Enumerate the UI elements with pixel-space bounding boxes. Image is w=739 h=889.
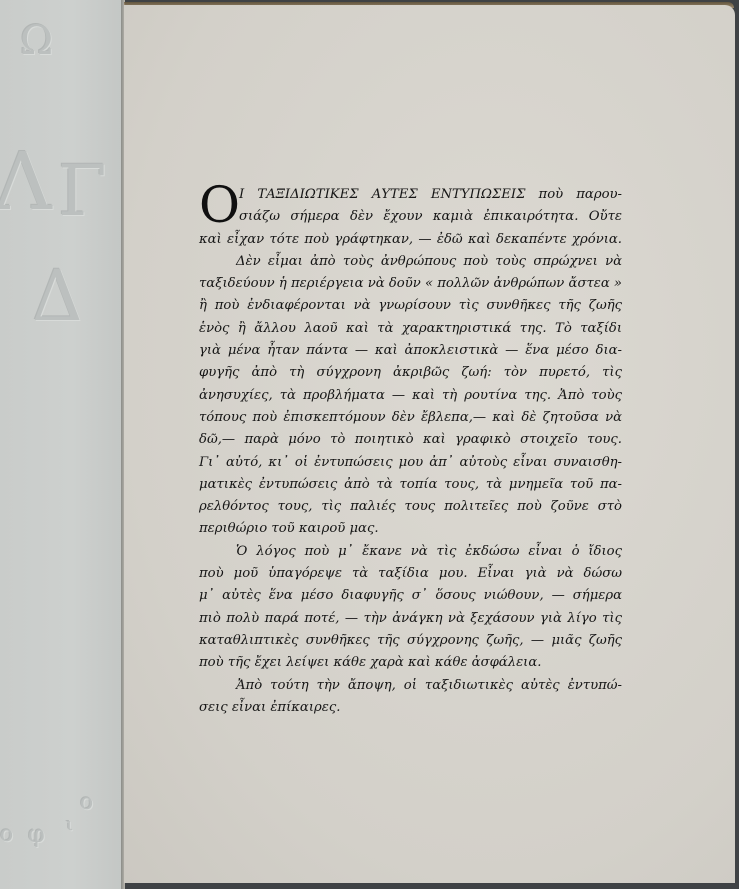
text-line: τόπους ποὺ ἐπισκεπτόμουν δὲν ἔβλεπα,— κα… [199, 407, 622, 429]
embossed-letter: Γ [58, 150, 107, 232]
embossed-letter: Ω [20, 18, 53, 64]
text-line: καταθλιπτικὲς συνθῆκες τῆς σύγχρονης ζωῆ… [199, 630, 622, 652]
embossed-letter: ο [0, 822, 13, 847]
text-line: ρελθόντος τους, τὶς παλιές τους πολιτεῖε… [199, 496, 622, 518]
first-paragraph-opening: Ο Ι ΤΑΞΙΔΙΩΤΙΚΕΣ ΑΥΤΕΣ ΕΝΤΥΠΩΣΕΙΣ ποὺ πα… [199, 184, 622, 229]
embossed-letter: φ [28, 820, 45, 848]
preface-text: Ο Ι ΤΑΞΙΔΙΩΤΙΚΕΣ ΑΥΤΕΣ ΕΝΤΥΠΩΣΕΙΣ ποὺ πα… [199, 184, 622, 719]
left-page-embossed-cover: Ω Γ Λ Δ ο φ ι ο [0, 0, 121, 889]
text-line: ποὺ μοῦ ὑπαγόρεψε τὰ ταξίδια μου. Εἶναι … [199, 563, 622, 585]
text-line: ματικὲς ἐντυπώσεις ἀπὸ τὰ τοπία τους, τὰ… [199, 474, 622, 496]
text-line: ἀνησυχίες, τὰ προβλήματα — καὶ τὴ ρουτίν… [199, 385, 622, 407]
text-line: πιὸ πολὺ παρά ποτέ, — τὴν ἀνάγκη νὰ ξεχά… [199, 608, 622, 630]
embossed-letter: ο [80, 790, 93, 815]
text-line: ταξιδεύουν ἡ περιέργεια νὰ δοῦν « πολλῶν… [199, 273, 622, 295]
text-line: δῶ,— παρὰ μόνο τὸ ποιητικὸ καὶ γραφικὸ σ… [199, 429, 622, 451]
embossed-letter: Λ [0, 135, 52, 228]
text-line: γιὰ μένα ἦταν πάντα — καὶ ἀποκλειστικὰ —… [199, 340, 622, 362]
text-line: Ἀπὸ τούτη τὴν ἄποψη, οἱ ταξιδιωτικὲς αὐτ… [199, 675, 622, 697]
text-line: Δὲν εἶμαι ἀπὸ τοὺς ἀνθρώπους ποὺ τοὺς σπ… [199, 251, 622, 273]
text-line: Γι᾽ αὐτό, κι᾽ οἱ ἐντυπώσεις μου ἀπ᾽ αὐτο… [199, 452, 622, 474]
text-line: καὶ εἶχαν τότε ποὺ γράφτηκαν, — ἐδῶ καὶ … [199, 229, 622, 251]
text-line: σεις εἶναι ἐπίκαιρες. [199, 697, 622, 719]
embossed-letter: Δ [32, 255, 83, 337]
text-line: ποὺ τῆς ἔχει λείψει κάθε χαρὰ καὶ κάθε ἀ… [199, 652, 622, 674]
text-line: σιάζω σήμερα δὲν ἔχουν καμιὰ ἐπικαιρότητ… [199, 206, 622, 228]
text-line: φυγῆς ἀπὸ τὴ σύγχρονη ἀκριβῶς ζωή: τὸν π… [199, 362, 622, 384]
embossed-letter: ι [66, 814, 73, 835]
text-line: Ι ΤΑΞΙΔΙΩΤΙΚΕΣ ΑΥΤΕΣ ΕΝΤΥΠΩΣΕΙΣ ποὺ παρο… [199, 184, 622, 206]
text-line: μ᾽ αὐτὲς ἕνα μέσο διαφυγῆς σ᾽ ὅσους νιώθ… [199, 585, 622, 607]
text-line: ἑνὸς ἢ ἄλλου λαοῦ καὶ τὰ χαρακτηριστικά … [199, 318, 622, 340]
text-line: περιθώριο τοῦ καιροῦ μας. [199, 518, 622, 540]
drop-cap: Ο [199, 181, 240, 229]
text-line: ἢ ποὺ ἐνδιαφέρονται νὰ γνωρίσουν τὶς συν… [199, 295, 622, 317]
text-line: Ὁ λόγος ποὺ μ᾽ ἔκανε νὰ τὶς ἐκδώσω εἶναι… [199, 541, 622, 563]
